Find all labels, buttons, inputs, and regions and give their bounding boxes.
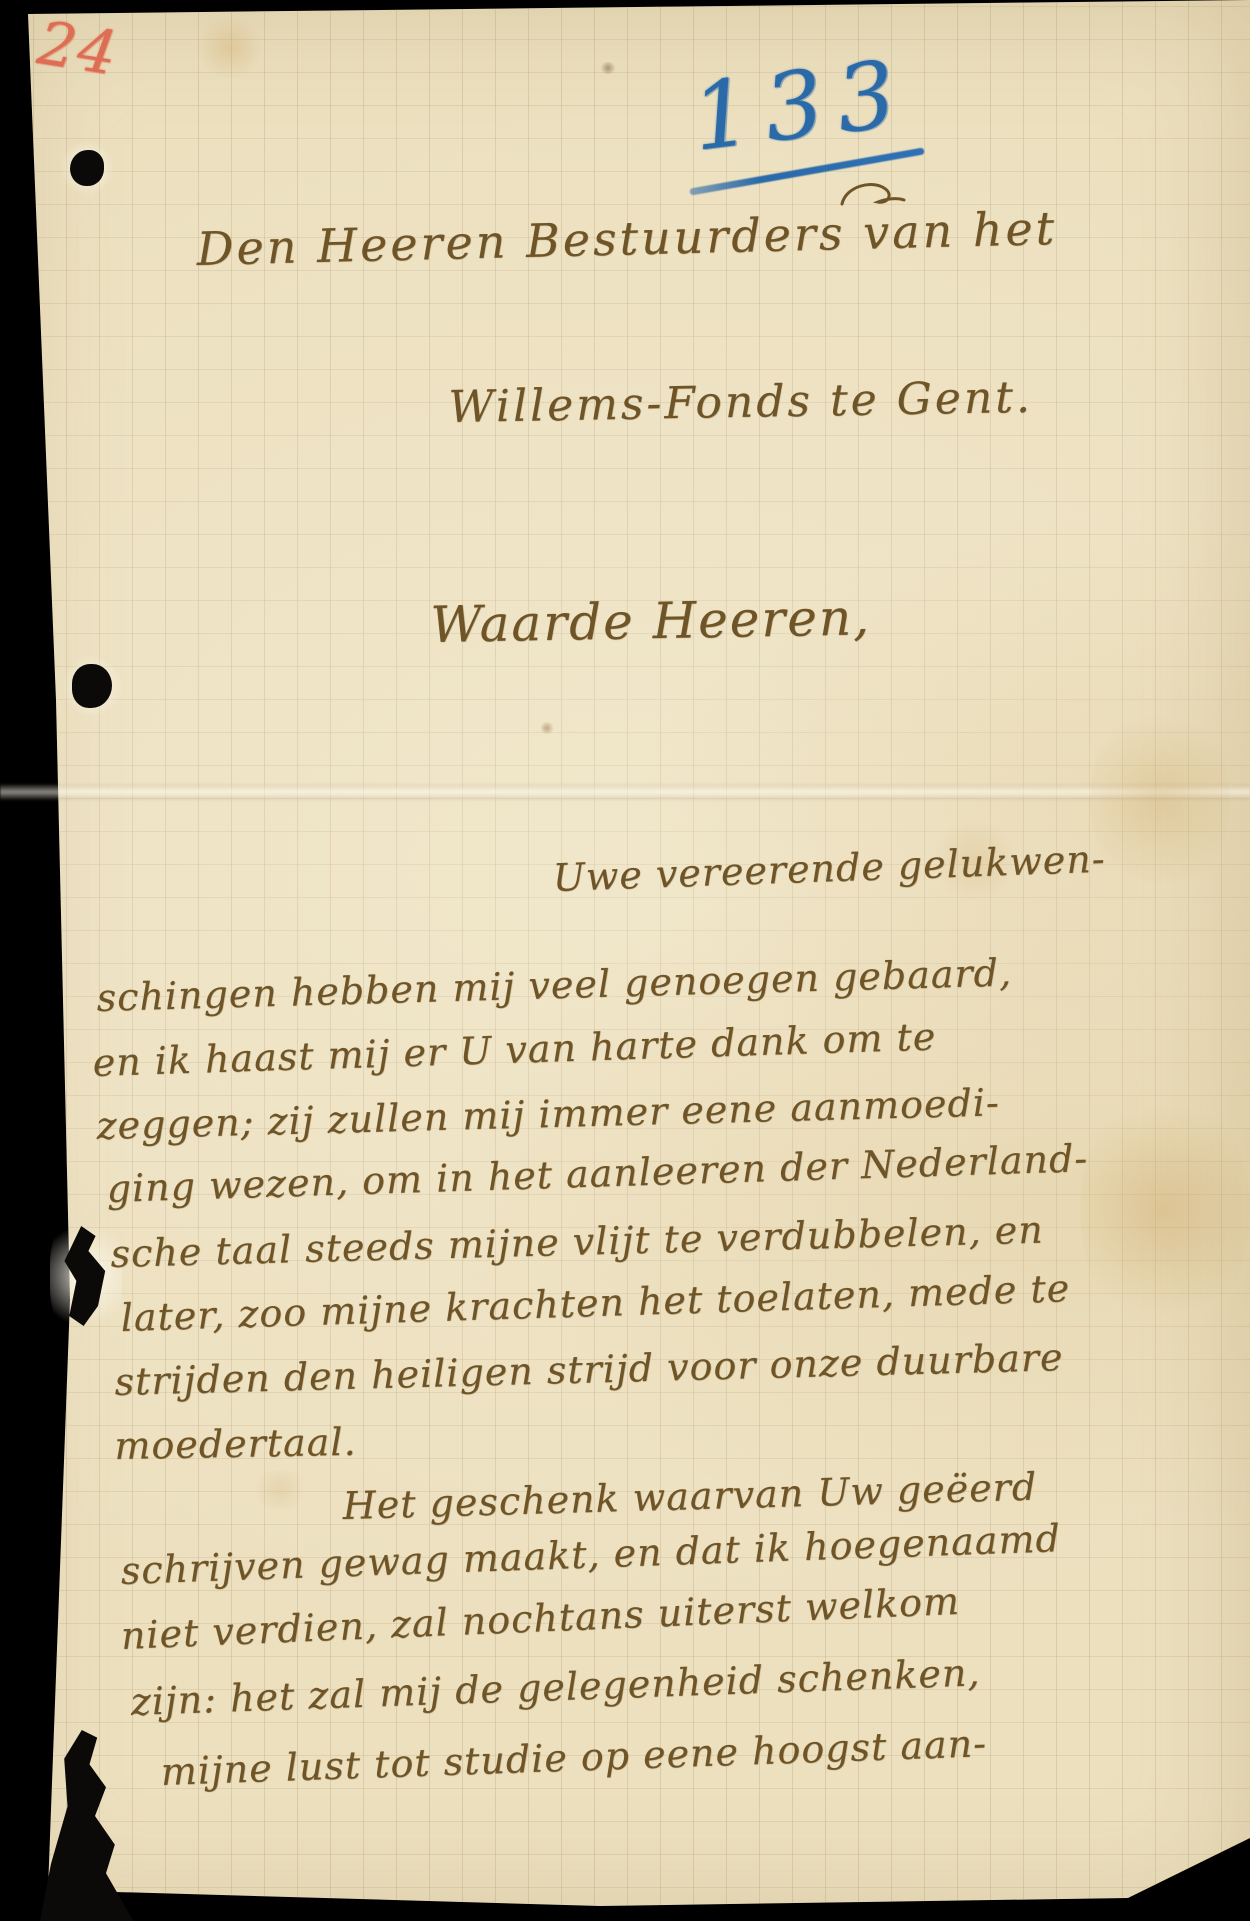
paper-tear-bottom bbox=[40, 1730, 150, 1921]
paper-tear bbox=[62, 1226, 110, 1326]
address-line: Willems-Fonds te Gent. bbox=[448, 372, 1033, 433]
salutation: Waarde Heeren, bbox=[430, 588, 871, 654]
body-line: moedertaal. bbox=[114, 1420, 357, 1468]
red-folio-number: 24 bbox=[33, 8, 123, 90]
hole-pit bbox=[70, 150, 104, 186]
photo-background: 24 133 Den Heeren Bestuurders van het Wi… bbox=[0, 0, 1250, 1921]
punch-hole bbox=[72, 664, 112, 708]
fold-crease bbox=[0, 784, 1250, 800]
punch-hole bbox=[70, 150, 104, 186]
tear-pit bbox=[40, 1730, 150, 1921]
